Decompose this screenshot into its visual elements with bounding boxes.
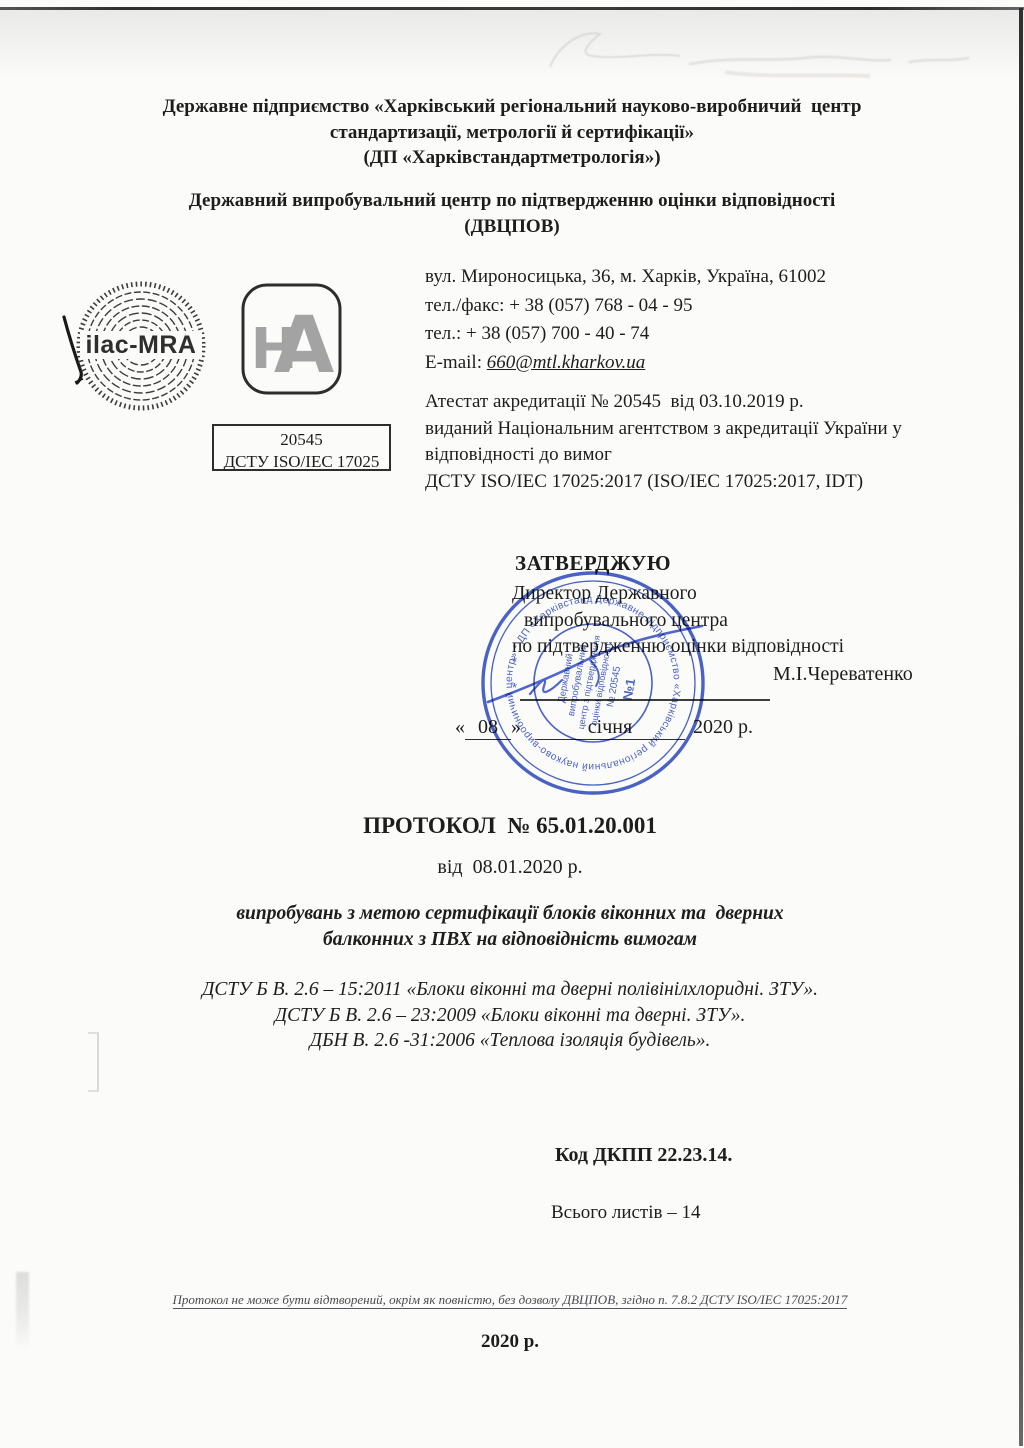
accreditation-line1: Атестат акредитації № 20545 від 03.10.20…	[425, 389, 955, 416]
protocol-title: ПРОТОКОЛ № 65.01.20.001	[40, 813, 980, 839]
footer-year: 2020 р.	[40, 1331, 980, 1353]
tel-fax-line: тел./факс: + 38 (057) 768 - 04 - 95	[425, 292, 965, 321]
test-center-header: Державний випробувальний центр по підтве…	[40, 188, 984, 240]
ilac-mra-logo: ilac-MRA	[72, 281, 210, 413]
dkpp-code: Код ДКПП 22.23.14.	[555, 1144, 732, 1167]
director-name: М.І.Череватенко	[773, 663, 913, 686]
org-header: Державне підприємство «Харківський регіо…	[40, 94, 984, 171]
email-address[interactable]: 660@mtl.kharkov.ua	[487, 352, 646, 373]
accreditation-line3: відповідності до вимог	[425, 442, 955, 469]
org-abbr: (ДП «Харківстандартметрологія»)	[40, 145, 984, 171]
standards-list: ДСТУ Б В. 2.6 – 15:2011 «Блоки віконні т…	[40, 977, 980, 1054]
bleed-through-ghost	[530, 12, 1000, 97]
total-sheets: Всього листів – 14	[551, 1202, 700, 1224]
tel-line: тел.: + 38 (057) 700 - 40 - 74	[425, 320, 965, 349]
test-center-name: Державний випробувальний центр по підтве…	[40, 188, 984, 214]
standard-item: ДСТУ Б В. 2.6 – 15:2011 «Блоки віконні т…	[40, 977, 980, 1003]
naau-monogram-right: А	[274, 301, 334, 391]
test-center-abbr: (ДВЦПОВ)	[40, 214, 984, 240]
accreditation-line2: виданий Національним агентством з акреди…	[425, 416, 955, 443]
quote-open: «	[455, 716, 465, 738]
accreditation-block: Атестат акредитації № 20545 від 03.10.20…	[425, 389, 955, 495]
scan-edge-top	[0, 7, 1024, 10]
accreditation-badge: 20545 ДСТУ ISO/IEC 17025	[212, 424, 391, 471]
badge-number: 20545	[214, 429, 389, 451]
ilac-mra-label: ilac-MRA	[86, 331, 197, 359]
footer-note-text: Протокол не може бути відтворений, окрім…	[173, 1292, 848, 1309]
protocol-date: від 08.01.2020 р.	[40, 856, 980, 879]
contact-block: вул. Мироносицька, 36, м. Харків, Україн…	[425, 263, 965, 377]
naau-logo: Н А	[240, 282, 343, 396]
scan-smudge-bottom-left	[16, 1272, 29, 1350]
email-label: E-mail:	[425, 352, 487, 373]
standard-item: ДБН В. 2.6 -31:2006 «Теплова ізоляція бу…	[40, 1028, 980, 1054]
scan-edge-right	[1019, 8, 1023, 1446]
email-line: E-mail: 660@mtl.kharkov.ua	[425, 349, 965, 378]
accreditation-line4: ДСТУ ISO/IEC 17025:2017 (ISO/IEC 17025:2…	[425, 469, 955, 496]
subject-line2: балконних з ПВХ на відповідність вимогам	[40, 927, 980, 953]
address-line: вул. Мироносицька, 36, м. Харків, Україн…	[425, 263, 965, 292]
org-name-line2: стандартизації, метрології й сертифікаці…	[40, 120, 984, 146]
standard-item: ДСТУ Б В. 2.6 – 23:2009 «Блоки віконні т…	[40, 1003, 980, 1029]
subject-line1: випробувань з метою сертифікації блоків …	[40, 901, 980, 927]
org-name-line1: Державне підприємство «Харківський регіо…	[40, 94, 984, 120]
director-signature	[470, 590, 750, 730]
badge-standard: ДСТУ ISO/IEC 17025	[214, 451, 389, 473]
footer-note: Протокол не може бути відтворений, окрім…	[40, 1292, 980, 1308]
protocol-subject: випробувань з метою сертифікації блоків …	[40, 901, 980, 953]
